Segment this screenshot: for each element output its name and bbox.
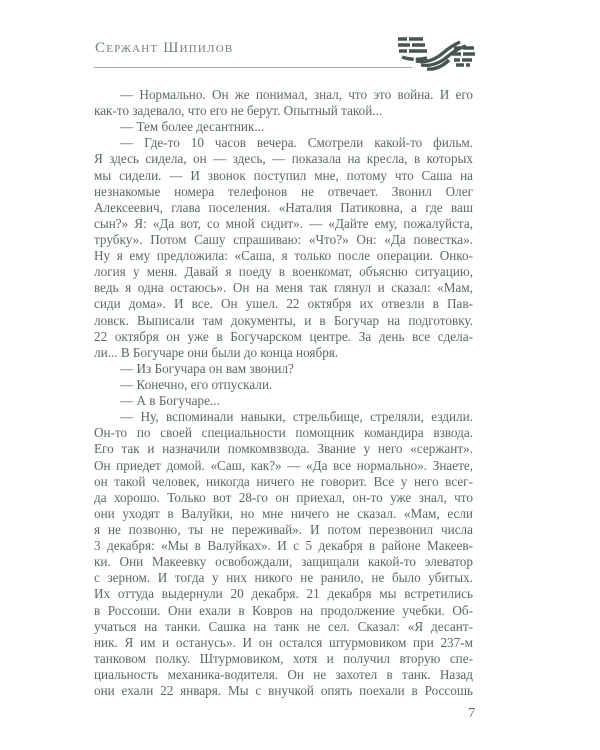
text-line: я не позвоню, ты не переживай». И потом …	[94, 522, 473, 538]
text-line: Его так и назначили помкомвзвода. Звание…	[94, 441, 473, 457]
text-line: ки. Они Макеевку освобождали, защищали к…	[94, 554, 473, 570]
header-rule	[94, 67, 412, 68]
text-line: да хорошо. Только вот 28-го он приехал, …	[94, 490, 473, 506]
text-line: ли... В Богучаре они были до конца ноябр…	[94, 345, 473, 361]
text-line: Он приедет домой. «Саш, как?» — «Да все …	[94, 458, 473, 474]
text-line: — Нормально. Он же понимал, знал, что эт…	[94, 87, 473, 103]
text-line: — Где-то 10 часов вечера. Смотрели какой…	[94, 135, 473, 151]
page-number: 7	[94, 705, 475, 721]
text-line: 22 октября он уже в Богучарском центре. …	[94, 329, 473, 345]
text-line: как-то задевало, что его не берут. Опытн…	[94, 103, 473, 119]
text-line: Алексеевич, глава поселения. «Наталия Па…	[94, 200, 473, 216]
text-line: ник. Я им и останусь». И он остался штур…	[94, 635, 473, 651]
text-line: 3 декабря: «Мы в Валуйках». И с 5 декабр…	[94, 538, 473, 554]
text-line: — А в Богучаре...	[94, 393, 473, 409]
text-line: они уходят в Валуйки, но мне ничего не с…	[94, 506, 473, 522]
wavy-flag-icon	[396, 31, 480, 71]
paragraph: — Тем более десантник...	[94, 119, 473, 135]
text-line: они ехали 22 января. Мы с внучкой опять …	[94, 683, 473, 699]
text-line: ведь я одна остаюсь». Он на меня так гля…	[94, 280, 473, 296]
text-line: ловск. Выписали там документы, и в Богуч…	[94, 313, 473, 329]
text-line: с зерном. И тогда у них никого не ранило…	[94, 570, 473, 586]
text-line: сын?» Я: «Да вот, со мной сидит». — «Дай…	[94, 216, 473, 232]
book-page: Сержант Шипилов — Нормально. Он же поним…	[0, 0, 600, 750]
text-line: циальность механика-водителя. Он не захо…	[94, 667, 473, 683]
text-line: Их оттуда выдернули 20 декабря. 21 декаб…	[94, 586, 473, 602]
text-line: Я здесь сидела, он — здесь, — показала н…	[94, 151, 473, 167]
paragraph: — Из Богучара он вам звонил?	[94, 361, 473, 377]
text-line: мы сидели. — И звонок поступил мне, пото…	[94, 168, 473, 184]
paragraph: — Конечно, его отпускали.	[94, 377, 473, 393]
paragraph: — Нормально. Он же понимал, знал, что эт…	[94, 87, 473, 119]
text-line: он такой человек, никогда ничего не гово…	[94, 474, 473, 490]
paragraph: — Ну, вспоминали навыки, стрельбище, стр…	[94, 409, 473, 699]
text-line: — Конечно, его отпускали.	[94, 377, 473, 393]
text-line: — Тем более десантник...	[94, 119, 473, 135]
text-line: в Россоши. Они ехали в Ковров на продолж…	[94, 603, 473, 619]
text-line: — Ну, вспоминали навыки, стрельбище, стр…	[94, 409, 473, 425]
text-line: Ну я ему предложила: «Саша, я только пос…	[94, 248, 473, 264]
paragraph: — Где-то 10 часов вечера. Смотрели какой…	[94, 135, 473, 361]
text-line: Он-то по своей специальности помощник ко…	[94, 425, 473, 441]
text-line: — Из Богучара он вам звонил?	[94, 361, 473, 377]
text-line: незнакомые номера телефонов не отвечает.…	[94, 184, 473, 200]
text-line: учаться на танки. Сашка на танк не сел. …	[94, 619, 473, 635]
running-header: Сержант Шипилов	[95, 40, 233, 57]
body-text: — Нормально. Он же понимал, знал, что эт…	[94, 87, 473, 699]
paragraph: — А в Богучаре...	[94, 393, 473, 409]
text-line: сиди дома». И все. Он ушел. 22 октября и…	[94, 296, 473, 312]
text-line: танковом полку. Штурмовиком, хотя и полу…	[94, 651, 473, 667]
text-line: трубку». Потом Сашу спрашиваю: «Что?» Он…	[94, 232, 473, 248]
text-line: логия у меня. Давай я поеду в военкомат,…	[94, 264, 473, 280]
